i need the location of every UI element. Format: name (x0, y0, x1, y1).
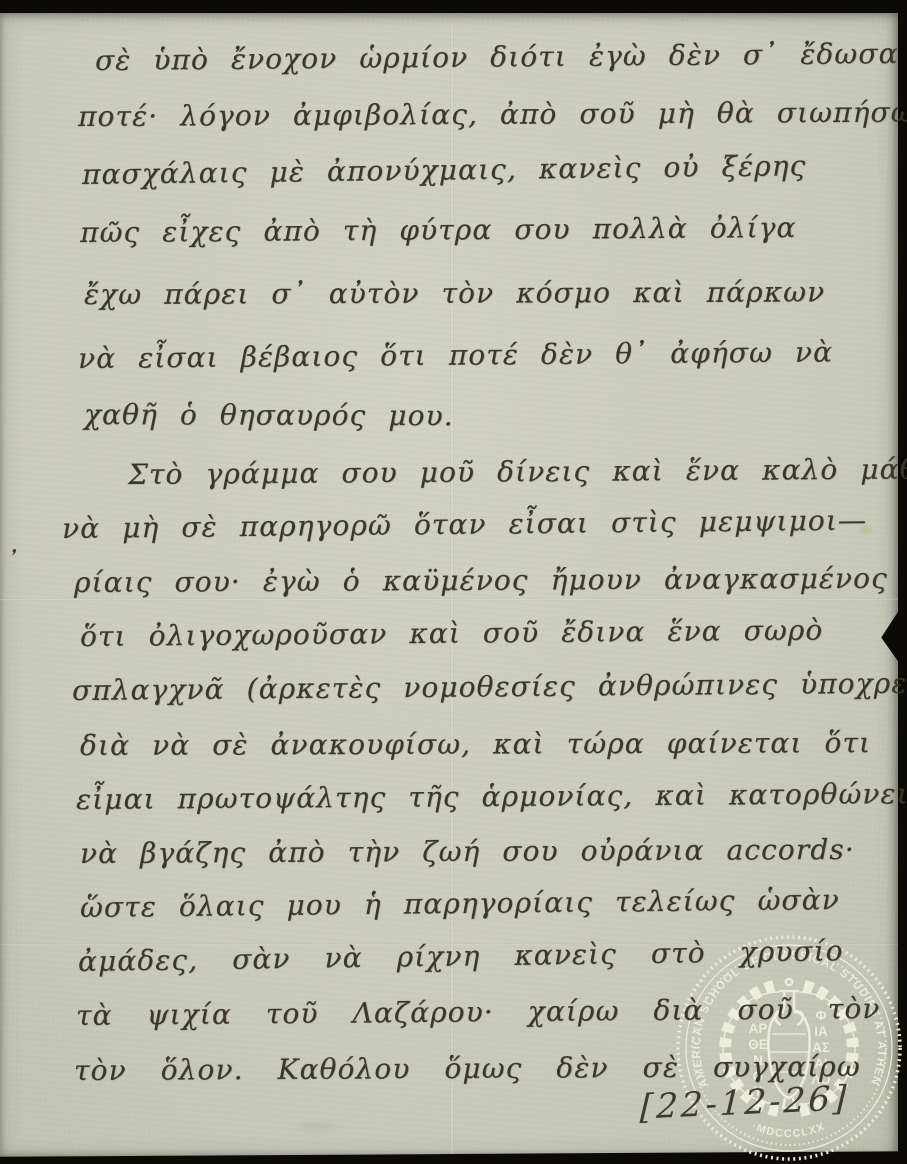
handwriting-line: νὰ εἶσαι βέβαιος ὅτι ποτέ δὲν θ᾽ ἀφήσω ν… (78, 335, 833, 375)
seal-beaded-outer-ring (678, 937, 900, 1159)
handwriting-line: τὰ ψιχία τοῦ Λαζάρου· χαίρω διὰ σοῦ τὸν (76, 992, 881, 1032)
handwriting-line: ἔχω πάρει σ᾽ αὐτὸν τὸν κόσμο καὶ πάρκων (84, 275, 825, 311)
handwriting-line: σὲ ὑπὸ ἔνοχον ὡρμίον διότι ἐγὼ δὲν σ᾽ ἔδ… (95, 37, 899, 77)
handwriting-line: ὅτι ὀλιγοχωροῦσαν καὶ σοῦ ἔδινα ἕνα σωρὸ (80, 614, 824, 653)
handwriting-line: διὰ νὰ σὲ ἀνακουφίσω, καὶ τώρα φαίνεται … (80, 726, 871, 762)
handwriting-line: χαθῆ ὁ θησαυρός μου. (84, 398, 454, 432)
handwriting-line: ποτέ· λόγον ἀμφιβολίας, ἀπὸ σοῦ μὴ θὰ σι… (78, 96, 907, 133)
paper-stain (287, 1119, 347, 1135)
handwriting-line: ρίαις σου· ἐγὼ ὁ καϋμένος ἤμουν ἀναγκασμ… (74, 562, 888, 599)
handwriting-line: πῶς εἶχες ἀπὸ τὴ φύτρα σου πολλὰ ὀλίγα (80, 211, 797, 249)
handwriting-line: τὸν ὅλον. Καθόλου ὅμως δὲν σὲ συγχαίρω (74, 1050, 861, 1087)
scanned-letter-screenshot: { "palette": { "scan_background": "#0b0a… (0, 0, 907, 1164)
seal-letter: ΙΑ (814, 1024, 828, 1039)
stray-ink-mark: ᾽ (6, 548, 19, 578)
handwriting-line: νὰ βγάζης ἀπὸ τὴν ζωή σου οὐράνια accord… (80, 833, 855, 870)
handwriting-line: Στὸ γράμμα σου μοῦ δίνεις καὶ ἕνα καλὸ μ… (128, 452, 907, 491)
handwriting-line: εἶμαι πρωτοψάλτης τῆς ἁρμονίας, καὶ κατο… (76, 777, 907, 816)
